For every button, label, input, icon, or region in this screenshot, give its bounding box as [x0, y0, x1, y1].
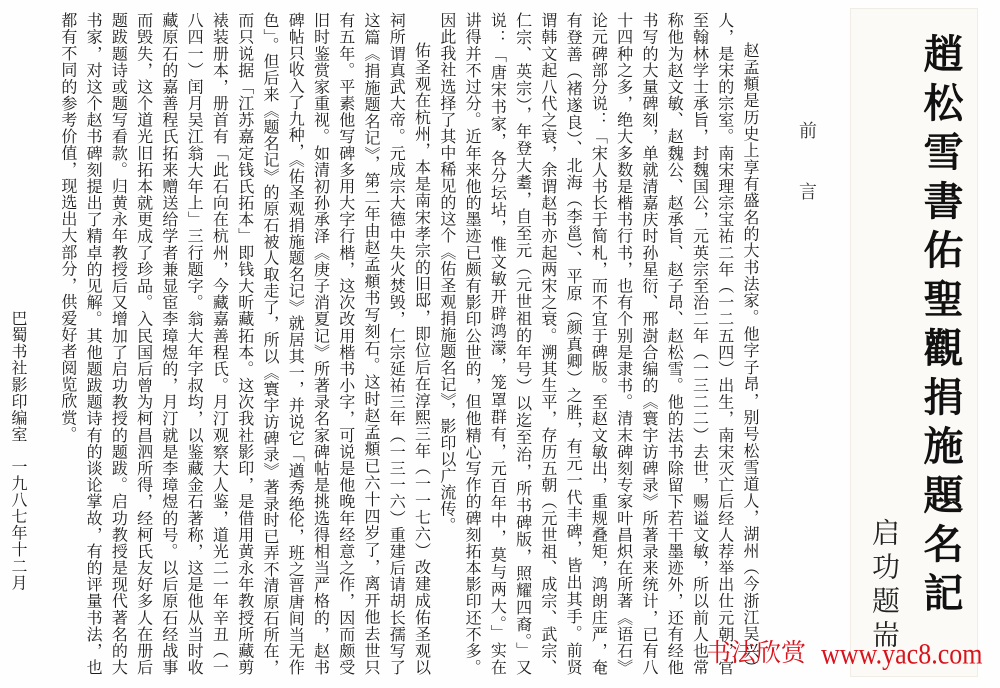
text-column: 藏原石的嘉善程氏拓来赠送给学者兼显宦李璋煜的，月汀就是李璋煜的号。以后原石经战事 — [157, 12, 182, 675]
text-column: 而只说据「江苏嘉定钱氏拓本」即钱大昕藏拓本。这次我社影印，是借用黄永年教授所藏剪 — [232, 12, 257, 675]
text-column: 书写的大量碑刻，单就清嘉庆时孙星衍、邢澍合编的《寰宇访碑录》所著录来统计，已有八 — [637, 12, 662, 675]
text-column: 而毁失，这个道光旧拓本就更成了珍品。入民国后曾为柯昌泗所得，经柯氏友好多人在册后 — [131, 12, 156, 675]
text-column: 人，是宋的宗室。南宋理宗宝祐二年（一二五四）出生，南宋灭亡后经人荐举出仕元朝，官 — [712, 12, 737, 675]
text-column: 谓韩文起八代之衰，余谓赵书亦起两宋之衰。溯其生平，存历五朝（元世祖、成宗、武宗、 — [536, 12, 561, 675]
text-column: 至翰林学士承旨，封魏国公，元英宗至治二年（一三二二）去世，赐谥文敏，所以前人也常 — [687, 12, 712, 675]
text-column: 色」。但后来《题名记》的原石被人取走了，所以《寰宇访碑录》著录时已弄不清原石所在… — [258, 12, 283, 675]
text-column: 有五年。平素他写碑多用大字行楷，这次改用楷书小字，可说是他晚年经意之作，因而颇受 — [333, 12, 358, 675]
text-column: 十四种之多，绝大多数是楷书行书，也有个别是隶书。清末碑刻专家叶昌炽在所著《语石》 — [611, 12, 636, 675]
publisher-name: 巴蜀书社影印编室 — [9, 310, 28, 442]
publisher-signature: 巴蜀书社影印编室一九八七年十二月 — [6, 310, 31, 591]
watermark-url: www.yac8.com — [821, 637, 982, 672]
text-column: 碑帖只收入了九种，《佑圣观捐施题名记》就居其一，并说它「遒秀绝伦，班之晋唐间当无… — [283, 12, 308, 675]
text-column: 仁宗、英宗），年登大耋，自至元（元世祖的年号）以迄至治，所书碑版，照耀四裔。」又 — [510, 12, 535, 675]
text-column: 说：「唐宋书家，各分坛坫，惟文敏开辟鸿濛，笼罩群有，元百年中，莫与两大。」实在 — [485, 12, 510, 675]
text-column: 八四一）闰月吴江翁大年上」三行题字。翁大年字叔均，以鉴藏金石著称，这是他从当时收 — [182, 12, 207, 675]
text-column: 旧时鉴赏家重视。如清初孙承泽《庚子消夏记》所著录名家碑帖是挑选得相当严格的，赵书 — [308, 12, 333, 675]
publication-date: 一九八七年十二月 — [9, 458, 28, 590]
calligraphy-inscription: 启功题耑 — [866, 518, 902, 654]
paragraph-1: 赵孟頫是历史上享有盛名的大书法家。他字子昂，别号松雪道人，湖州（今浙江吴兴） 人… — [435, 12, 763, 675]
watermark-site-name: 书法欣赏 — [706, 639, 806, 667]
text-column: 因此我社选择了其中稀见的这个《佑圣观捐施题名记》，影印以广流传。 — [435, 12, 460, 675]
text-column: 祠所谓真武大帝。元成宗大德中失火焚毁，仁宗延祐三年（一三一六）重建后请胡长孺写了 — [384, 12, 409, 675]
paragraph-2: 佑圣观在杭州，本是南宋孝宗的旧邸，即位后在淳熙三年（一一七六）改建成佑圣观以 祠… — [56, 12, 435, 675]
text-column: 论元碑部分说：「宋人书长于简札，而不宜于碑版。至赵文敏出，重规叠矩，鸿朗庄严，奄 — [586, 12, 611, 675]
text-column: 这篇《捐施题名记》，第二年由赵孟頫书写刻石。这时赵孟頫已六十四岁了，离开他去世只 — [359, 12, 384, 675]
text-column: 题跋题诗或题写看款。归黄永年教授后又增加了启功教授的题跋。启功教授是现代著名的大 — [106, 12, 131, 675]
preface-body: 赵孟頫是历史上享有盛名的大书法家。他字子昂，别号松雪道人，湖州（今浙江吴兴） 人… — [55, 12, 763, 675]
text-column: 佑圣观在杭州，本是南宋孝宗的旧邸，即位后在淳熙三年（一一七六）改建成佑圣观以 — [409, 12, 434, 675]
text-column: 都有不同的参考价值，现选出大部分，供爱好者阅览欣赏。 — [56, 12, 81, 675]
text-column: 讲得并不过分。近年来他的墨迹已颇有影印公世的，但他精心写作的碑刻拓本影印还不多。 — [460, 12, 485, 675]
text-column: 有登善（褚遂良）、北海（李邕）、平原（颜真卿）之胜，有元一代丰碑，皆出其手。前贤 — [561, 12, 586, 675]
text-column: 书家，对这个赵书碑刻提出了精卓的见解。其他题跋题诗有的谈论掌故，有的评量书法，也 — [81, 12, 106, 675]
text-column: 赵孟頫是历史上享有盛名的大书法家。他字子昂，别号松雪道人，湖州（今浙江吴兴） — [738, 12, 763, 675]
preface-heading: 前言 — [795, 121, 817, 243]
spacer — [18, 442, 19, 458]
text-column: 裱装册本，册首有「此石向在杭州，今藏嘉善程氏。月汀观察大人鉴，道光二一年辛丑（一 — [207, 12, 232, 675]
calligraphy-title: 趙松雪書佑聖觀捐施題名記 — [915, 33, 965, 621]
text-column: 称他为赵文敏、赵魏公、赵承旨、赵子昂、赵松雪。他的法书除留下若干墨迹外，还有经他 — [662, 12, 687, 675]
